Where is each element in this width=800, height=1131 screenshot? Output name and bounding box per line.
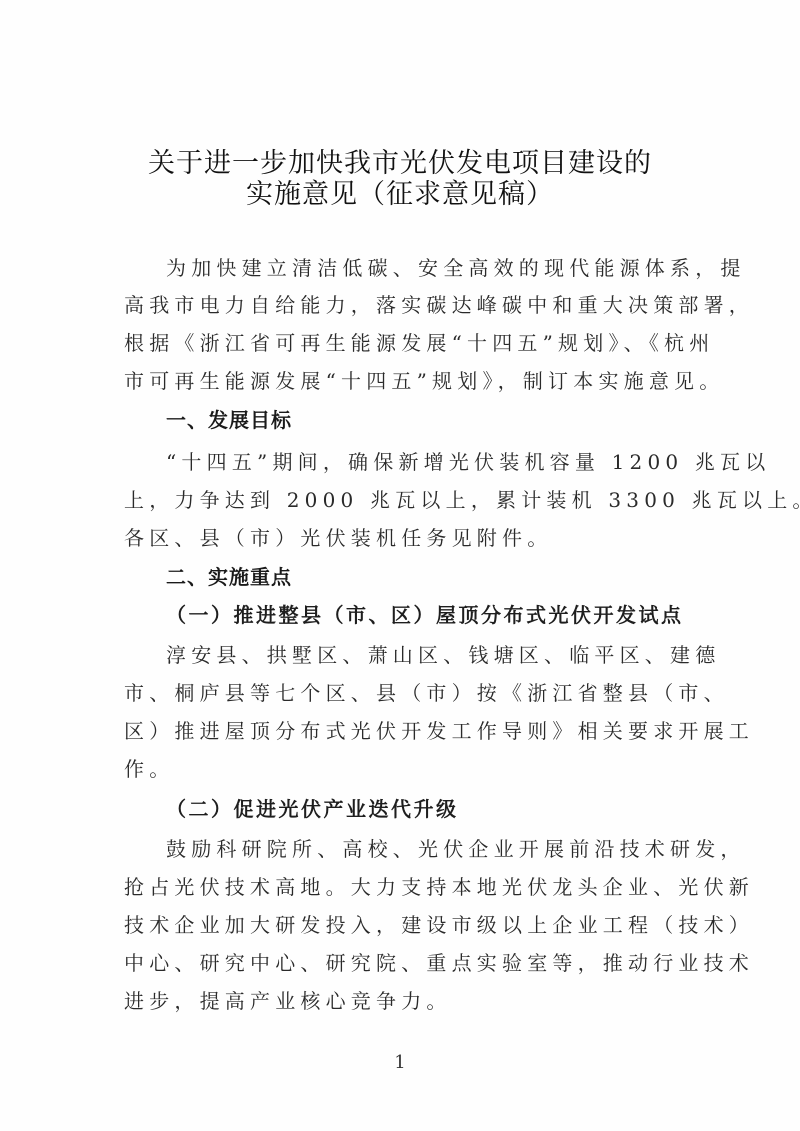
section-1-line-1: “十四五”期间，确保新增光伏装机容量 1200 兆瓦以 (166, 450, 684, 474)
subsection-2-line-3: 技术企业加大研发投入，建设市级以上企业工程（技术） (124, 913, 684, 937)
subsection-1-line-1: 淳安县、拱墅区、萧山区、钱塘区、临平区、建德 (166, 643, 684, 667)
intro-line-2: 高我市电力自给能力，落实碳达峰碳中和重大决策部署， (124, 293, 684, 317)
section-1-line-2: 上，力争达到 2000 兆瓦以上，累计装机 3300 兆瓦以上。 (124, 488, 684, 512)
section-2-heading: 二、实施重点 (166, 565, 292, 589)
subsection-1-line-2: 市、桐庐县等七个区、县（市）按《浙江省整县（市、 (124, 681, 684, 705)
section-1-heading: 一、发展目标 (166, 408, 292, 432)
page-number: 1 (0, 1052, 800, 1073)
document-page: 关于进一步加快我市光伏发电项目建设的 实施意见（征求意见稿） 为加快建立清洁低碳… (0, 0, 800, 1131)
intro-line-4: 市可再生能源发展“十四五”规划》，制订本实施意见。 (124, 369, 684, 393)
intro-line-3: 根据《浙江省可再生能源发展“十四五”规划》、《杭州 (124, 331, 684, 355)
section-1-line-3: 各区、县（市）光伏装机任务见附件。 (124, 526, 684, 550)
subsection-2-line-5: 进步，提高产业核心竞争力。 (124, 989, 684, 1013)
intro-line-1: 为加快建立清洁低碳、安全高效的现代能源体系，提 (166, 256, 684, 280)
subsection-2-line-2: 抢占光伏技术高地。大力支持本地光伏龙头企业、光伏新 (124, 875, 684, 899)
subsection-1-line-4: 作。 (124, 757, 684, 781)
document-title-line-2: 实施意见（征求意见稿） (0, 172, 800, 211)
subsection-1-line-3: 区）推进屋顶分布式光伏开发工作导则》相关要求开展工 (124, 719, 684, 743)
subsection-2-line-1: 鼓励科研院所、高校、光伏企业开展前沿技术研发， (166, 837, 684, 861)
subsection-1-heading: （一）推进整县（市、区）屋顶分布式光伏开发试点 (166, 603, 684, 627)
subsection-2-heading: （二）促进光伏产业迭代升级 (166, 797, 459, 821)
subsection-2-line-4: 中心、研究中心、研究院、重点实验室等，推动行业技术 (124, 951, 684, 975)
